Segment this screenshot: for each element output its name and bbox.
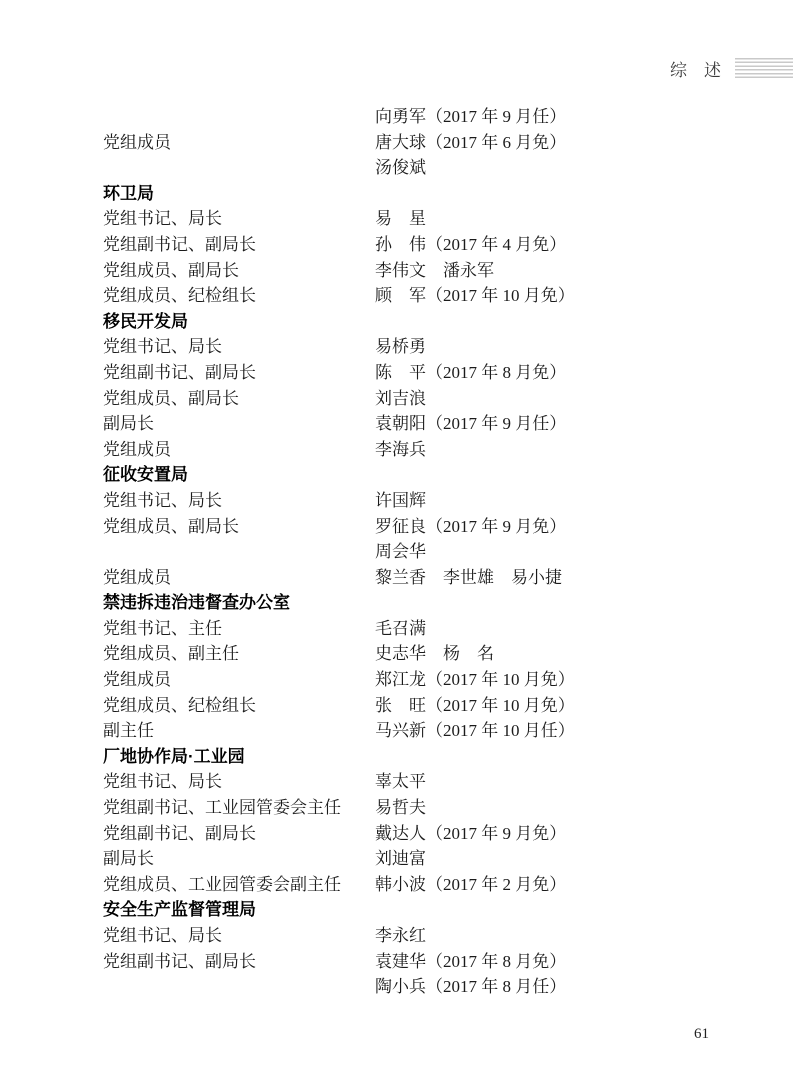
roster-row: 陶小兵（2017 年 8 月任）: [103, 974, 743, 1000]
roster-row: 党组副书记、副局长 孙 伟（2017 年 4 月免）: [103, 232, 743, 258]
roster-row: 党组成员 唐大球（2017 年 6 月免）: [103, 130, 743, 156]
position-label: 党组书记、局长: [103, 769, 375, 795]
department-title: 厂地协作局·工业园: [103, 744, 743, 770]
department-section: 禁违拆违治违督查办公室 党组书记、主任 毛召满 党组成员、副主任 史志华 杨 名…: [103, 590, 743, 744]
person-names: 史志华 杨 名: [375, 641, 743, 667]
person-names: 辜太平: [375, 769, 743, 795]
department-rows: 党组书记、局长 易 星 党组副书记、副局长 孙 伟（2017 年 4 月免） 党…: [103, 206, 743, 308]
roster-row: 党组成员、副主任 史志华 杨 名: [103, 641, 743, 667]
position-label: 党组成员: [103, 667, 375, 693]
roster-row: 党组成员 黎兰香 李世雄 易小捷: [103, 565, 743, 591]
department-title: 征收安置局: [103, 462, 743, 488]
roster-row: 副主任 马兴新（2017 年 10 月任）: [103, 718, 743, 744]
person-names: 毛召满: [375, 616, 743, 642]
personnel-roster: 向勇军（2017 年 9 月任） 党组成员 唐大球（2017 年 6 月免） 汤…: [103, 104, 743, 1000]
roster-row: 汤俊斌: [103, 155, 743, 181]
roster-row: 党组成员、副局长 刘吉浪: [103, 386, 743, 412]
person-names: 许国辉: [375, 488, 743, 514]
roster-row: 党组成员、工业园管委会副主任 韩小波（2017 年 2 月免）: [103, 872, 743, 898]
position-label: 党组书记、主任: [103, 616, 375, 642]
roster-row: 副局长 袁朝阳（2017 年 9 月任）: [103, 411, 743, 437]
position-label: 党组书记、局长: [103, 334, 375, 360]
position-label: [103, 155, 375, 181]
person-names: 易哲夫: [375, 795, 743, 821]
person-names: 罗征良（2017 年 9 月免）: [375, 514, 743, 540]
position-label: 党组副书记、副局长: [103, 232, 375, 258]
position-label: 党组成员、副局长: [103, 258, 375, 284]
position-label: 党组成员: [103, 130, 375, 156]
department-section: 移民开发局 党组书记、局长 易桥勇 党组副书记、副局长 陈 平（2017 年 8…: [103, 309, 743, 463]
position-label: 党组成员、副局长: [103, 514, 375, 540]
position-label: 党组副书记、副局长: [103, 360, 375, 386]
department-rows: 党组书记、局长 易桥勇 党组副书记、副局长 陈 平（2017 年 8 月免） 党…: [103, 334, 743, 462]
position-label: 党组书记、局长: [103, 488, 375, 514]
position-label: [103, 539, 375, 565]
position-label: 党组成员、纪检组长: [103, 693, 375, 719]
running-title: 综 述: [670, 56, 721, 81]
position-label: 党组成员、工业园管委会副主任: [103, 872, 375, 898]
person-names: 刘吉浪: [375, 386, 743, 412]
page-header: 综 述: [670, 56, 793, 80]
position-label: 党组成员、副主任: [103, 641, 375, 667]
roster-row: 党组成员、纪检组长 顾 军（2017 年 10 月免）: [103, 283, 743, 309]
roster-row: 党组成员、副局长 李伟文 潘永军: [103, 258, 743, 284]
department-title: 环卫局: [103, 181, 743, 207]
department-section: 安全生产监督管理局 党组书记、局长 李永红 党组副书记、副局长 袁建华（2017…: [103, 897, 743, 999]
position-label: 党组副书记、副局长: [103, 949, 375, 975]
position-label: 党组成员: [103, 565, 375, 591]
department-rows: 党组书记、主任 毛召满 党组成员、副主任 史志华 杨 名 党组成员 郑江龙（20…: [103, 616, 743, 744]
roster-row: 党组副书记、副局长 戴达人（2017 年 9 月免）: [103, 821, 743, 847]
roster-row: 党组书记、局长 李永红: [103, 923, 743, 949]
person-names: 陶小兵（2017 年 8 月任）: [375, 974, 743, 1000]
person-names: 孙 伟（2017 年 4 月免）: [375, 232, 743, 258]
person-names: 刘迪富: [375, 846, 743, 872]
roster-row: 党组成员、副局长 罗征良（2017 年 9 月免）: [103, 514, 743, 540]
person-names: 向勇军（2017 年 9 月任）: [375, 104, 743, 130]
person-names: 易 星: [375, 206, 743, 232]
person-names: 顾 军（2017 年 10 月免）: [375, 283, 743, 309]
department-section: 向勇军（2017 年 9 月任） 党组成员 唐大球（2017 年 6 月免） 汤…: [103, 104, 743, 181]
roster-row: 党组成员 李海兵: [103, 437, 743, 463]
roster-row: 党组书记、局长 易桥勇: [103, 334, 743, 360]
department-title: 移民开发局: [103, 309, 743, 335]
person-names: 张 旺（2017 年 10 月免）: [375, 693, 743, 719]
position-label: 党组副书记、副局长: [103, 821, 375, 847]
position-label: 党组书记、局长: [103, 206, 375, 232]
position-label: [103, 974, 375, 1000]
roster-row: 党组书记、局长 辜太平: [103, 769, 743, 795]
department-section: 厂地协作局·工业园 党组书记、局长 辜太平 党组副书记、工业园管委会主任 易哲夫…: [103, 744, 743, 898]
roster-row: 党组书记、局长 易 星: [103, 206, 743, 232]
position-label: 党组成员、纪检组长: [103, 283, 375, 309]
roster-row: 党组成员、纪检组长 张 旺（2017 年 10 月免）: [103, 693, 743, 719]
person-names: 黎兰香 李世雄 易小捷: [375, 565, 743, 591]
department-title: 禁违拆违治违督查办公室: [103, 590, 743, 616]
position-label: [103, 104, 375, 130]
document-page: 综 述 向勇军（2017 年 9 月任） 党组成员 唐大球（2017 年 6 月…: [0, 0, 793, 1077]
person-names: 戴达人（2017 年 9 月免）: [375, 821, 743, 847]
header-lines-decoration: [735, 58, 793, 79]
person-names: 郑江龙（2017 年 10 月免）: [375, 667, 743, 693]
person-names: 易桥勇: [375, 334, 743, 360]
roster-row: 党组书记、局长 许国辉: [103, 488, 743, 514]
person-names: 陈 平（2017 年 8 月免）: [375, 360, 743, 386]
person-names: 李永红: [375, 923, 743, 949]
page-number: 61: [694, 1026, 709, 1043]
person-names: 李伟文 潘永军: [375, 258, 743, 284]
roster-row: 党组书记、主任 毛召满: [103, 616, 743, 642]
department-section: 环卫局 党组书记、局长 易 星 党组副书记、副局长 孙 伟（2017 年 4 月…: [103, 181, 743, 309]
position-label: 副主任: [103, 718, 375, 744]
roster-row: 党组副书记、副局长 陈 平（2017 年 8 月免）: [103, 360, 743, 386]
department-rows: 向勇军（2017 年 9 月任） 党组成员 唐大球（2017 年 6 月免） 汤…: [103, 104, 743, 181]
person-names: 唐大球（2017 年 6 月免）: [375, 130, 743, 156]
roster-row: 向勇军（2017 年 9 月任）: [103, 104, 743, 130]
person-names: 袁建华（2017 年 8 月免）: [375, 949, 743, 975]
department-rows: 党组书记、局长 许国辉 党组成员、副局长 罗征良（2017 年 9 月免） 周会…: [103, 488, 743, 590]
roster-row: 周会华: [103, 539, 743, 565]
position-label: 副局长: [103, 846, 375, 872]
department-title: 安全生产监督管理局: [103, 897, 743, 923]
department-section: 征收安置局 党组书记、局长 许国辉 党组成员、副局长 罗征良（2017 年 9 …: [103, 462, 743, 590]
person-names: 周会华: [375, 539, 743, 565]
position-label: 副局长: [103, 411, 375, 437]
department-rows: 党组书记、局长 辜太平 党组副书记、工业园管委会主任 易哲夫 党组副书记、副局长…: [103, 769, 743, 897]
person-names: 马兴新（2017 年 10 月任）: [375, 718, 743, 744]
person-names: 韩小波（2017 年 2 月免）: [375, 872, 743, 898]
roster-row: 党组成员 郑江龙（2017 年 10 月免）: [103, 667, 743, 693]
roster-row: 党组副书记、副局长 袁建华（2017 年 8 月免）: [103, 949, 743, 975]
department-rows: 党组书记、局长 李永红 党组副书记、副局长 袁建华（2017 年 8 月免） 陶…: [103, 923, 743, 1000]
position-label: 党组副书记、工业园管委会主任: [103, 795, 375, 821]
position-label: 党组书记、局长: [103, 923, 375, 949]
person-names: 李海兵: [375, 437, 743, 463]
roster-row: 副局长 刘迪富: [103, 846, 743, 872]
person-names: 汤俊斌: [375, 155, 743, 181]
person-names: 袁朝阳（2017 年 9 月任）: [375, 411, 743, 437]
position-label: 党组成员、副局长: [103, 386, 375, 412]
roster-row: 党组副书记、工业园管委会主任 易哲夫: [103, 795, 743, 821]
position-label: 党组成员: [103, 437, 375, 463]
